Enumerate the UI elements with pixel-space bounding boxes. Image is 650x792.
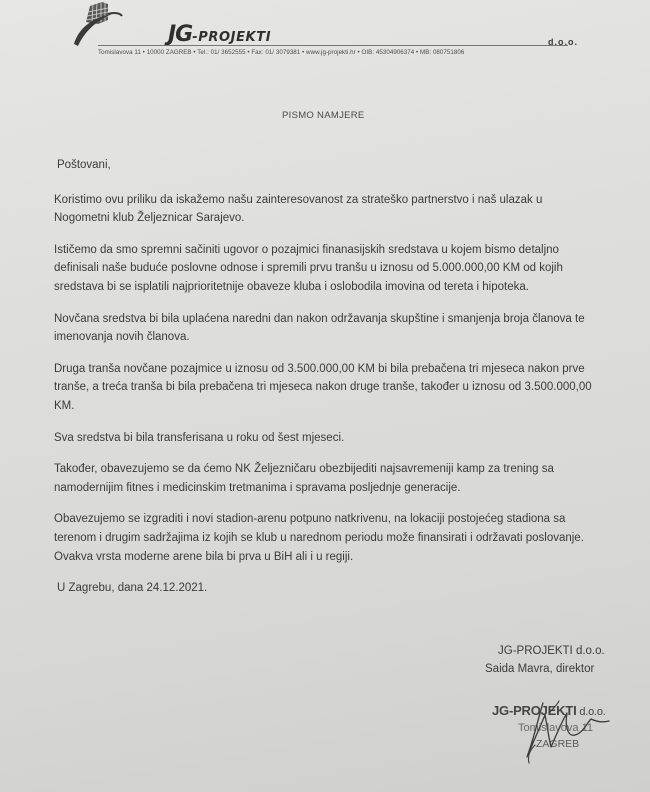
paragraph-stadium: Obavezujemo se izgraditi i novi stadion-… xyxy=(54,510,599,566)
letter-page: JG-PROJEKTI d.o.o. Tomislavova 11 • 1000… xyxy=(0,0,650,792)
building-arc-logo-icon xyxy=(68,0,168,50)
brand-name: -PROJEKTI xyxy=(192,30,271,45)
letterhead-logo: JG-PROJEKTI xyxy=(68,0,218,50)
brand-initials: JG xyxy=(168,22,192,47)
salutation: Poštovani, xyxy=(54,156,599,175)
letter-title: PISMO NAMJERE xyxy=(282,110,365,121)
letter-body: Poštovani, Koristimo ovu priliku da iska… xyxy=(54,156,599,611)
brand-wordmark: JG-PROJEKTI xyxy=(168,22,271,47)
signature-signatory: Saida Mavra, direktor xyxy=(485,663,594,675)
paragraph-transfer-deadline: Sva sredstva bi bila transferisana u rok… xyxy=(54,429,599,448)
paragraph-tranches: Druga tranša novčane pozajmice u iznosu … xyxy=(54,360,599,416)
paragraph-loan-agreement: Ističemo da smo spremni sačiniti ugovor … xyxy=(54,241,599,297)
letterhead-contact-line: Tomislavova 11 • 10000 ZAGREB • Tel.: 01… xyxy=(98,49,588,56)
signature-company: JG-PROJEKTI d.o.o. xyxy=(498,645,605,657)
place-date: U Zagrebu, dana 24.12.2021. xyxy=(54,579,599,598)
letterhead-divider xyxy=(98,45,568,46)
paragraph-payment-timing: Novčana sredstva bi bila uplaćena naredn… xyxy=(54,310,599,347)
handwritten-signature-icon xyxy=(505,695,615,770)
paragraph-training-camp: Također, obavezujemo se da ćemo NK Želje… xyxy=(54,460,599,497)
paragraph-intro: Koristimo ovu priliku da iskažemo našu z… xyxy=(54,191,599,228)
